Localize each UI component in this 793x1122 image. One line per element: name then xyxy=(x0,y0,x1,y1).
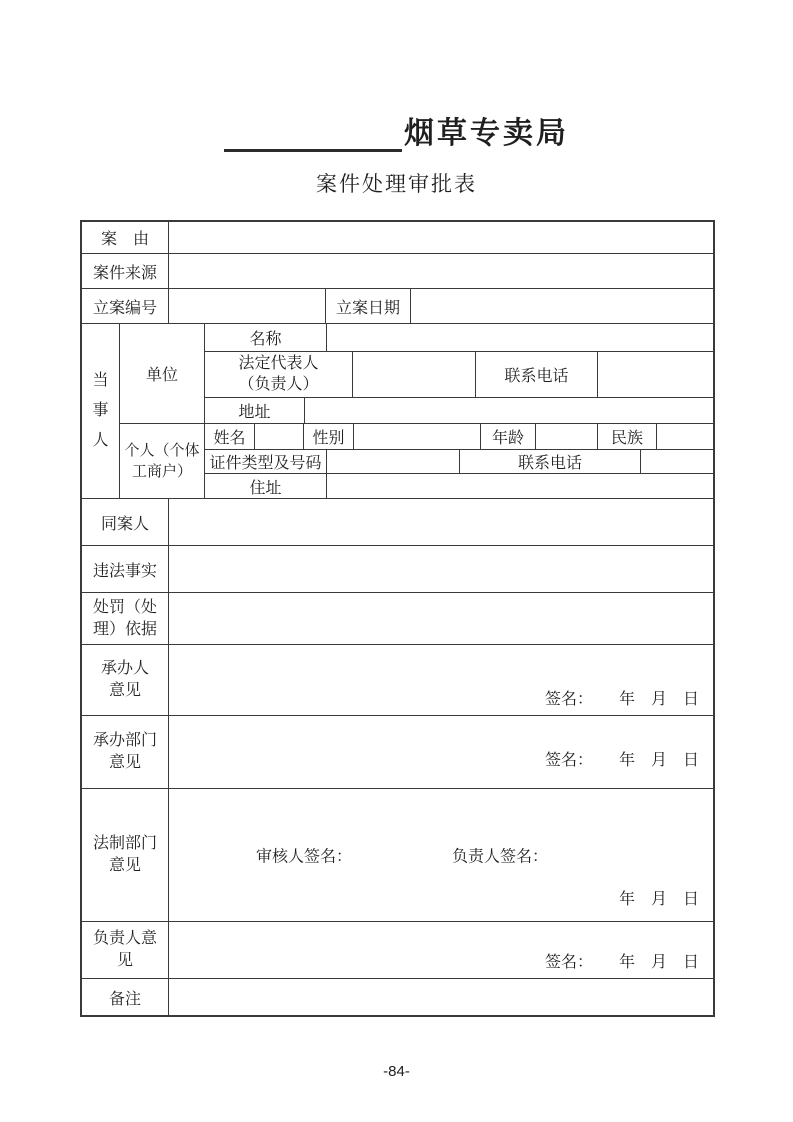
filing-number-input[interactable] xyxy=(169,289,326,323)
penalty-basis-row: 处罚（处 理）依据 xyxy=(82,593,713,645)
individual-age-label: 年龄 xyxy=(481,424,536,449)
date-label: 年 月 日 xyxy=(619,747,699,770)
individual-ethnicity-label: 民族 xyxy=(598,424,657,449)
signature-label: 签名： xyxy=(545,686,593,709)
legal-dept-signature-line: 审核人签名： 负责人签名： xyxy=(256,844,548,867)
individual-age-input[interactable] xyxy=(536,424,598,449)
co-case-label: 同案人 xyxy=(82,499,169,545)
party-unit-block: 单位 名称 法定代表人 （负责人） 联系电话 xyxy=(120,324,713,424)
case-cause-row: 案 由 xyxy=(82,222,713,254)
title-blank-line xyxy=(224,115,402,152)
document-title: 烟草专卖局 xyxy=(0,108,793,152)
approval-form-table: 案 由 案件来源 立案编号 立案日期 当 事 人 单位 xyxy=(80,220,715,1017)
individual-ethnicity-input[interactable] xyxy=(657,424,713,449)
handler-signature-line: 签名： 年 月 日 xyxy=(545,686,699,709)
individual-label: 个人（个体 工商户） xyxy=(120,424,205,499)
unit-address-input[interactable] xyxy=(305,398,713,423)
handler-dept-opinion-row: 承办部门 意见 签名： 年 月 日 xyxy=(82,716,713,789)
unit-phone-label: 联系电话 xyxy=(476,352,598,398)
individual-name-input[interactable] xyxy=(255,424,304,449)
remarks-row: 备注 xyxy=(82,979,713,1015)
unit-legal-rep-input[interactable] xyxy=(353,352,476,398)
individual-phone-label: 联系电话 xyxy=(460,450,641,473)
unit-address-row: 地址 xyxy=(205,398,713,423)
document-page: 烟草专卖局 案件处理审批表 案 由 案件来源 立案编号 立案日期 当 事 人 xyxy=(0,0,793,1122)
party-individual-block: 个人（个体 工商户） 姓名 性别 年龄 民族 xyxy=(120,424,713,499)
illegal-facts-input[interactable] xyxy=(169,546,713,592)
case-cause-label: 案 由 xyxy=(82,222,169,253)
handler-dept-signature-line: 签名： 年 月 日 xyxy=(545,747,699,770)
party-row: 当 事 人 单位 名称 法定代表人 （负责人） 联系电话 xyxy=(82,324,713,499)
unit-legal-rep-row: 法定代表人 （负责人） 联系电话 xyxy=(205,352,713,399)
legal-dept-opinion-row: 法制部门 意见 审核人签名： 负责人签名： 年 月 日 xyxy=(82,789,713,922)
page-number: -84- xyxy=(0,1063,793,1080)
penalty-basis-input[interactable] xyxy=(169,593,713,644)
case-source-row: 案件来源 xyxy=(82,254,713,289)
responsible-signature-line: 签名： 年 月 日 xyxy=(545,949,699,972)
filing-number-label: 立案编号 xyxy=(82,289,169,323)
individual-id-input[interactable] xyxy=(327,450,460,473)
unit-name-input[interactable] xyxy=(327,324,713,351)
filing-date-input[interactable] xyxy=(411,289,713,323)
responsible-signature-label: 负责人签名： xyxy=(452,844,548,867)
reviewer-signature-label: 审核人签名： xyxy=(256,844,352,867)
handler-opinion-label: 承办人 意见 xyxy=(82,645,169,715)
unit-phone-input[interactable] xyxy=(598,352,713,398)
legal-dept-opinion-label: 法制部门 意见 xyxy=(82,789,169,921)
case-source-label: 案件来源 xyxy=(82,254,169,288)
responsible-opinion-label: 负责人意 见 xyxy=(82,922,169,978)
unit-legal-rep-label: 法定代表人 （负责人） xyxy=(205,352,353,398)
handler-opinion-input[interactable]: 签名： 年 月 日 xyxy=(169,645,713,715)
legal-dept-opinion-input[interactable]: 审核人签名： 负责人签名： 年 月 日 xyxy=(169,789,713,921)
unit-name-label: 名称 xyxy=(205,324,327,351)
signature-label: 签名： xyxy=(545,949,593,972)
penalty-basis-label: 处罚（处 理）依据 xyxy=(82,593,169,644)
individual-residence-input[interactable] xyxy=(327,474,713,499)
signature-label: 签名： xyxy=(545,747,593,770)
individual-id-row: 证件类型及号码 联系电话 xyxy=(205,450,713,474)
legal-dept-date-line: 年 月 日 xyxy=(619,886,699,909)
remarks-label: 备注 xyxy=(82,979,169,1015)
individual-name-row: 姓名 性别 年龄 民族 xyxy=(205,424,713,450)
case-source-input[interactable] xyxy=(169,254,713,288)
co-case-input[interactable] xyxy=(169,499,713,545)
remarks-input[interactable] xyxy=(169,979,713,1015)
document-subtitle: 案件处理审批表 xyxy=(0,168,793,198)
unit-address-label: 地址 xyxy=(205,398,305,423)
responsible-opinion-row: 负责人意 见 签名： 年 月 日 xyxy=(82,922,713,979)
unit-label: 单位 xyxy=(120,324,205,423)
date-label: 年 月 日 xyxy=(619,949,699,972)
date-label: 年 月 日 xyxy=(619,686,699,709)
individual-residence-row: 住址 xyxy=(205,474,713,499)
individual-gender-label: 性别 xyxy=(304,424,354,449)
handler-opinion-row: 承办人 意见 签名： 年 月 日 xyxy=(82,645,713,716)
party-label: 当 事 人 xyxy=(82,324,120,498)
unit-rows: 名称 法定代表人 （负责人） 联系电话 地址 xyxy=(205,324,713,423)
responsible-opinion-input[interactable]: 签名： 年 月 日 xyxy=(169,922,713,978)
individual-phone-input[interactable] xyxy=(641,450,713,473)
individual-gender-input[interactable] xyxy=(354,424,481,449)
individual-id-label: 证件类型及号码 xyxy=(205,450,327,473)
filing-date-label: 立案日期 xyxy=(326,289,411,323)
party-main: 单位 名称 法定代表人 （负责人） 联系电话 xyxy=(120,324,713,498)
co-case-row: 同案人 xyxy=(82,499,713,546)
individual-name-label: 姓名 xyxy=(205,424,255,449)
illegal-facts-label: 违法事实 xyxy=(82,546,169,592)
individual-residence-label: 住址 xyxy=(205,474,327,499)
illegal-facts-row: 违法事实 xyxy=(82,546,713,593)
unit-name-row: 名称 xyxy=(205,324,713,352)
handler-dept-opinion-input[interactable]: 签名： 年 月 日 xyxy=(169,716,713,788)
case-cause-input[interactable] xyxy=(169,222,713,253)
title-text: 烟草专卖局 xyxy=(404,117,569,150)
individual-rows: 姓名 性别 年龄 民族 证件类型及号码 联系电话 xyxy=(205,424,713,499)
handler-dept-opinion-label: 承办部门 意见 xyxy=(82,716,169,788)
filing-row: 立案编号 立案日期 xyxy=(82,289,713,324)
